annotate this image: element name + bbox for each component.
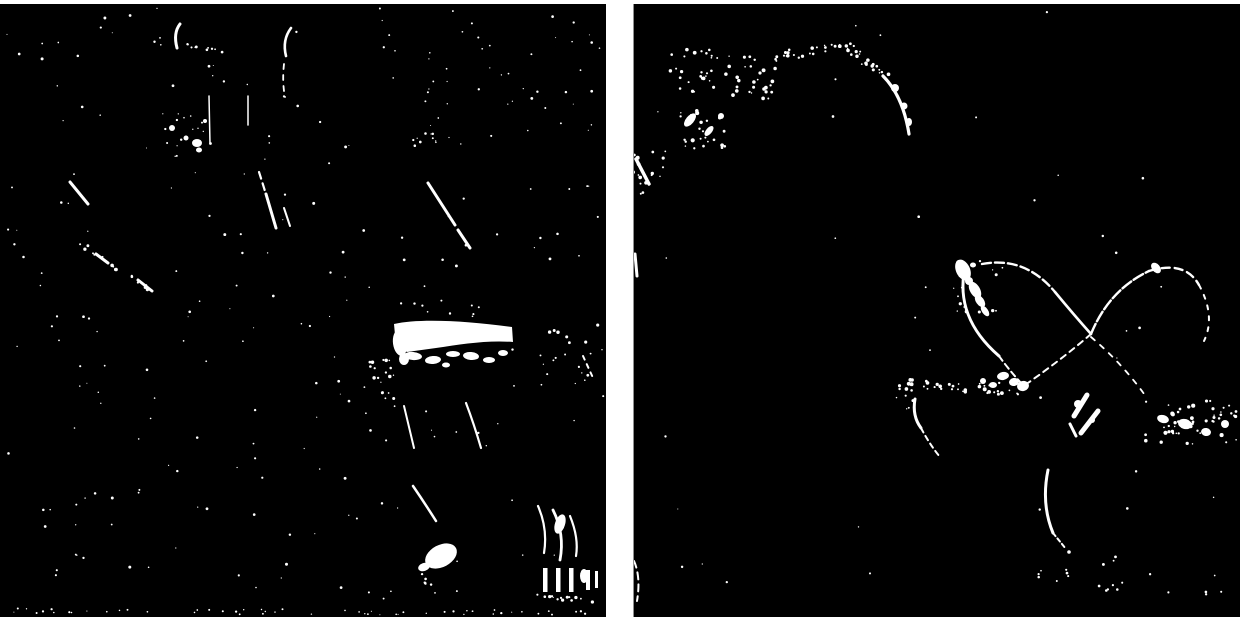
micrograph-figure [0, 0, 1240, 623]
micrograph-panel-right [633, 4, 1240, 617]
micrograph-panel-left [0, 4, 606, 617]
